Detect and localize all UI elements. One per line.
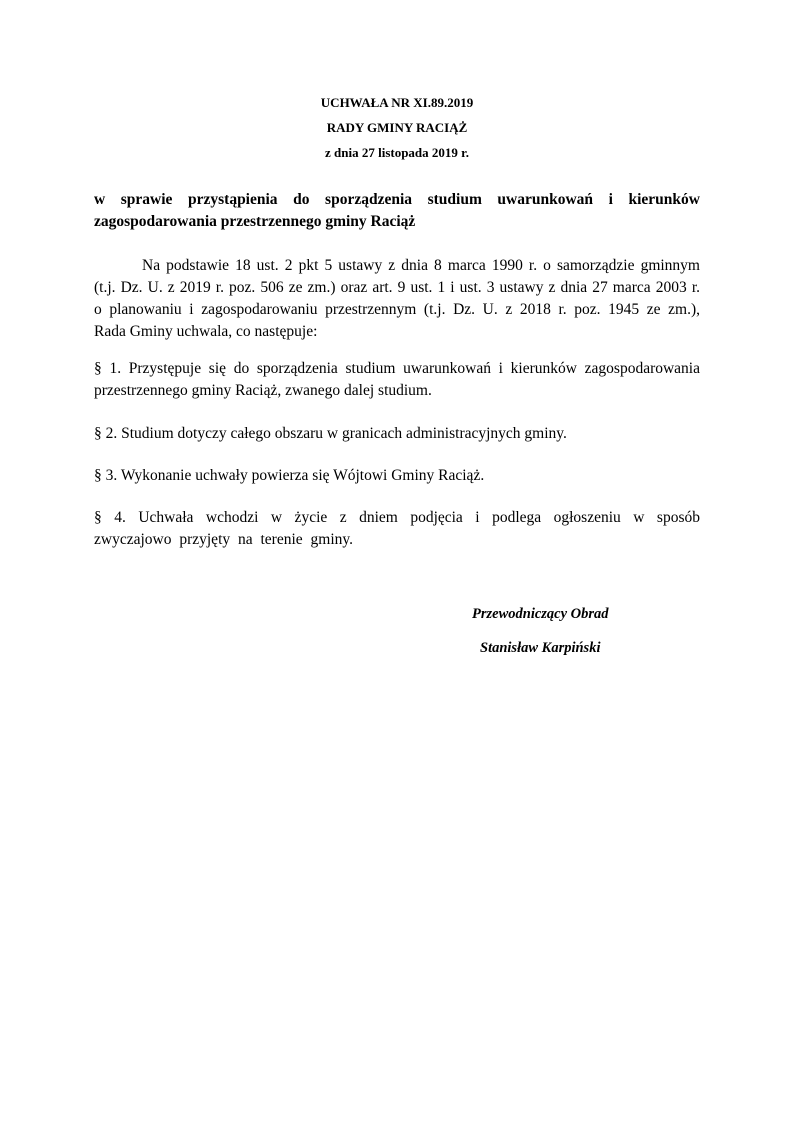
resolution-date: z dnia 27 listopada 2019 r. xyxy=(94,145,700,161)
section-4: § 4. Uchwała wchodzi w życie z dniem pod… xyxy=(94,507,700,551)
subject-line-2: zagospodarowania przestrzennego gminy Ra… xyxy=(94,211,700,233)
issuing-body: RADY GMINY RACIĄŻ xyxy=(94,120,700,136)
section-4-line-1: § 4. Uchwała wchodzi w życie z dniem pod… xyxy=(94,507,700,529)
section-4-line-2: zwyczajowo przyjęty na terenie gminy. xyxy=(94,529,700,551)
section-2: § 2. Studium dotyczy całego obszaru w gr… xyxy=(94,423,700,445)
section-1-line-2: przestrzennego gminy Raciąż, zwanego dal… xyxy=(94,380,700,402)
section-1-line-1: § 1. Przystępuje się do sporządzenia stu… xyxy=(94,358,700,380)
resolution-subject: w sprawie przystąpienia do sporządzenia … xyxy=(94,189,700,233)
section-3-line-1: § 3. Wykonanie uchwały powierza się Wójt… xyxy=(94,465,700,487)
signature-role: Przewodniczący Obrad xyxy=(472,606,609,623)
legal-basis-paragraph: Na podstawie 18 ust. 2 pkt 5 ustawy z dn… xyxy=(94,255,700,343)
subject-line-1: w sprawie przystąpienia do sporządzenia … xyxy=(94,189,700,211)
signature-name: Stanisław Karpiński xyxy=(480,640,600,657)
preamble-line-4: Rada Gminy uchwala, co następuje: xyxy=(94,321,700,343)
preamble-line-3: o planowaniu i zagospodarowaniu przestrz… xyxy=(94,299,700,321)
section-2-line-1: § 2. Studium dotyczy całego obszaru w gr… xyxy=(94,423,700,445)
section-1: § 1. Przystępuje się do sporządzenia stu… xyxy=(94,358,700,402)
preamble-line-1: Na podstawie 18 ust. 2 pkt 5 ustawy z dn… xyxy=(94,255,700,277)
resolution-number: UCHWAŁA NR XI.89.2019 xyxy=(94,95,700,111)
preamble-line-2: (t.j. Dz. U. z 2019 r. poz. 506 ze zm.) … xyxy=(94,277,700,299)
section-3: § 3. Wykonanie uchwały powierza się Wójt… xyxy=(94,465,700,487)
